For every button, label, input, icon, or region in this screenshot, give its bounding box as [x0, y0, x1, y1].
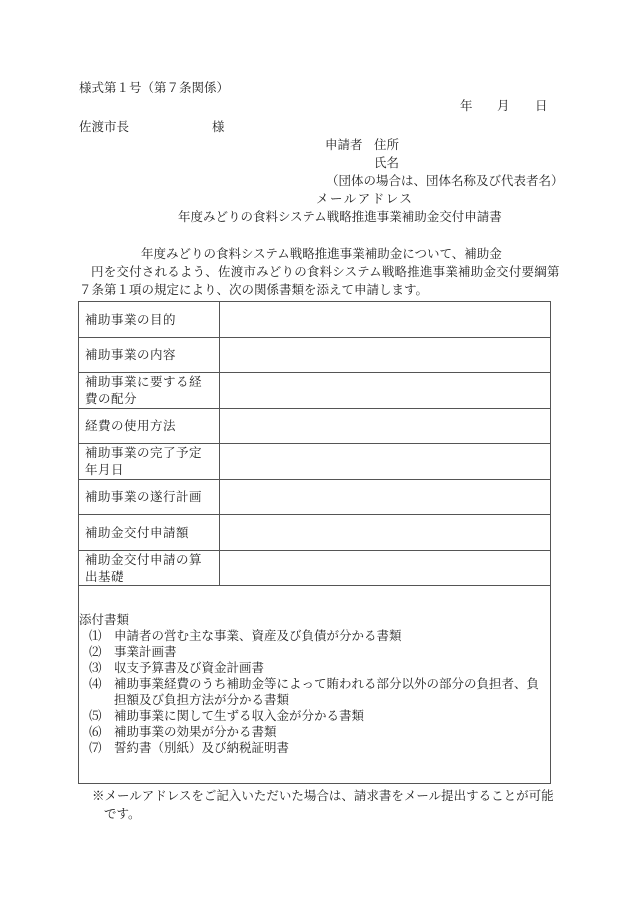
row-value-field[interactable]: [220, 373, 550, 408]
row-label: 補助事業の内容: [79, 338, 220, 373]
item-number: ⑶: [89, 660, 111, 676]
item-text: 補助事業経費のうち補助金等によって賄われる部分以外の部分の負担者、負担額及び負担…: [111, 676, 550, 708]
attachments-section: 添付書類 ⑴申請者の営む主な事業、資産及び負債が分かる書類 ⑵事業計画書 ⑶収支…: [79, 586, 550, 783]
row-value-field[interactable]: [220, 302, 550, 337]
footnote-line-1: ※メールアドレスをご記入いただいた場合は、請求書をメール提出することが可能: [92, 788, 554, 804]
row-value-field[interactable]: [220, 444, 550, 479]
item-text: 収支予算書及び資金計画書: [111, 660, 550, 676]
item-number: ⑺: [89, 740, 111, 756]
row-label: 補助事業の目的: [79, 302, 220, 337]
table-row: 補助金交付申請の算出基礎: [79, 551, 550, 587]
row-value-field[interactable]: [220, 409, 550, 444]
item-text: 補助事業に関して生ずる収入金が分かる書類: [111, 708, 550, 724]
addressee-honorific: 様: [212, 119, 225, 135]
row-label: 補助事業の遂行計画: [79, 480, 220, 515]
table-row: 補助事業に要する経費の配分: [79, 373, 550, 409]
attachment-item: ⑴申請者の営む主な事業、資産及び負債が分かる書類: [79, 628, 550, 644]
row-label: 経費の使用方法: [79, 409, 220, 444]
document-title: 年度みどりの食料システム戦略推進事業補助金交付申請書: [178, 209, 502, 225]
attachment-item: ⑵事業計画書: [79, 644, 550, 660]
row-value-field[interactable]: [220, 551, 550, 586]
body-line-1: 年度みどりの食料システム戦略推進事業補助金について、補助金: [141, 246, 502, 262]
date-month: 月: [497, 98, 510, 114]
applicant-name-label: 氏名: [374, 155, 399, 171]
item-number: ⑹: [89, 724, 111, 740]
attachment-item: ⑷補助事業経費のうち補助金等によって賄われる部分以外の部分の負担者、負担額及び負…: [79, 676, 550, 708]
table-row: 補助金交付申請額: [79, 515, 550, 551]
footnote-line-2: です。: [104, 806, 141, 822]
row-label: 補助金交付申請の算出基礎: [79, 551, 220, 586]
date-year: 年: [460, 98, 473, 114]
body-line-2: 円を交付されるよう、佐渡市みどりの食料システム戦略推進事業補助金交付要綱第: [91, 264, 560, 280]
table-row: 補助事業の目的: [79, 302, 550, 338]
body-line-3: ７条第１項の規定により、次の関係書類を添えて申請します。: [79, 282, 428, 298]
application-table: 補助事業の目的 補助事業の内容 補助事業に要する経費の配分 経費の使用方法 補助…: [78, 301, 551, 784]
item-number: ⑵: [89, 644, 111, 660]
applicant-email-label: メールアドレス: [316, 191, 413, 207]
row-label: 補助事業の完了予定年月日: [79, 444, 220, 479]
item-text: 事業計画書: [111, 644, 550, 660]
form-number: 様式第１号（第７条関係）: [79, 80, 229, 96]
attachment-item: ⑶収支予算書及び資金計画書: [79, 660, 550, 676]
table-row: 補助事業の遂行計画: [79, 480, 550, 516]
row-value-field[interactable]: [220, 480, 550, 515]
table-row: 補助事業の完了予定年月日: [79, 444, 550, 480]
row-label: 補助金交付申請額: [79, 515, 220, 550]
item-text: 補助事業の効果が分かる書類: [111, 724, 550, 740]
row-label: 補助事業に要する経費の配分: [79, 373, 220, 408]
item-number: ⑷: [89, 676, 111, 708]
date-day: 日: [535, 98, 548, 114]
attachment-item: ⑹補助事業の効果が分かる書類: [79, 724, 550, 740]
attachments-heading: 添付書類: [79, 612, 550, 628]
item-number: ⑴: [89, 628, 111, 644]
applicant-address-label: 住所: [374, 137, 399, 153]
table-row: 補助事業の内容: [79, 338, 550, 374]
addressee-name: 佐渡市長: [79, 119, 129, 135]
applicant-group-note: （団体の場合は、団体名称及び代表者名）: [326, 173, 564, 189]
row-value-field[interactable]: [220, 515, 550, 550]
row-value-field[interactable]: [220, 338, 550, 373]
item-text: 申請者の営む主な事業、資産及び負債が分かる書類: [111, 628, 550, 644]
attachment-item: ⑺誓約書（別紙）及び納税証明書: [79, 740, 550, 756]
item-text: 誓約書（別紙）及び納税証明書: [111, 740, 550, 756]
item-number: ⑸: [89, 708, 111, 724]
table-row: 経費の使用方法: [79, 409, 550, 445]
attachment-item: ⑸補助事業に関して生ずる収入金が分かる書類: [79, 708, 550, 724]
applicant-label: 申請者: [325, 137, 363, 153]
